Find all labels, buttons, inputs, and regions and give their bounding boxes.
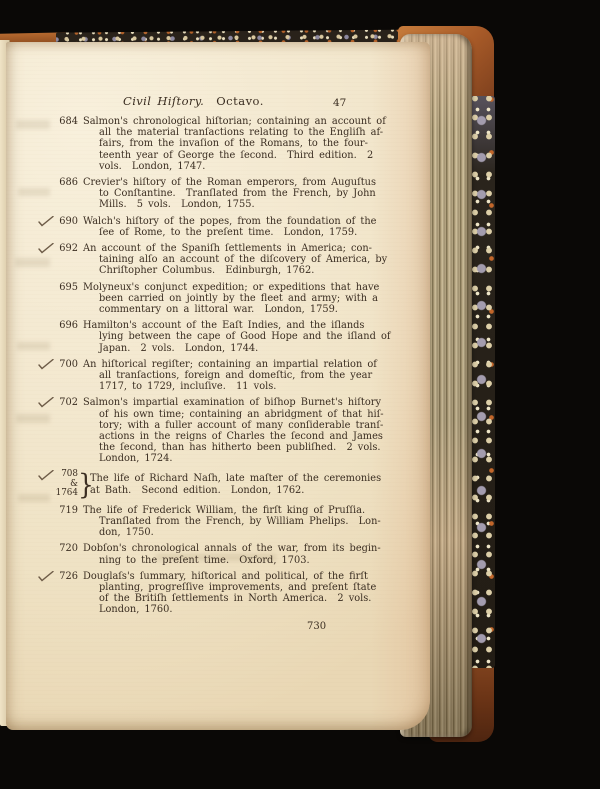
entry-number: 1764	[56, 489, 78, 499]
entry-line: Salmon's impartial examination of biſhop…	[83, 397, 384, 408]
entry-text: Douglaſs's ſummary, hiſtorical and polit…	[83, 571, 376, 616]
entry-number: 696	[55, 320, 78, 354]
catalog-entry-list: 684Salmon's chronological hiſtorian; con…	[55, 116, 417, 616]
entry-line: the ſecond, than has hitherto been publi…	[83, 442, 384, 453]
entry-line: 1717, to 1729, incluſive. 11 vols.	[83, 381, 377, 392]
show-through-ghost	[18, 494, 50, 502]
entry-number: 690	[55, 216, 78, 238]
entry-text: Crevier's hiſtory of the Roman emperors,…	[83, 177, 376, 211]
entry-number: 719	[55, 505, 78, 539]
entry-line: Chriſtopher Columbus. Edinburgh, 1762.	[83, 265, 387, 276]
entry-text: Molyneux's conjunct expedition; or exped…	[83, 282, 379, 316]
entry-number: 726	[55, 571, 78, 616]
printed-text-column: Civil Hiſtory.Octavo. 47 684Salmon's chr…	[55, 94, 417, 632]
catalog-entry: 719The life of Frederick William, the fi…	[55, 505, 417, 539]
grouping-brace: }	[78, 468, 89, 502]
show-through-ghost	[18, 188, 50, 196]
format-label: Octavo.	[216, 94, 264, 108]
entry-number: 720	[55, 543, 78, 565]
entry-number-stack: 708&1764	[55, 470, 78, 500]
entry-text: An account of the Spaniſh ſettlements in…	[83, 243, 387, 277]
entry-line: commentary on a littoral war. London, 17…	[83, 304, 379, 315]
entry-line: Douglaſs's ſummary, hiſtorical and polit…	[83, 571, 376, 582]
handwritten-checkmark-icon	[38, 397, 54, 411]
entry-line: all the material tranſactions relating t…	[83, 127, 386, 138]
entry-line: don, 1750.	[83, 527, 381, 538]
entry-line: been carried on jointly by the fleet and…	[83, 293, 379, 304]
catalog-entry: 686Crevier's hiſtory of the Roman empero…	[55, 177, 417, 211]
catalog-entry: 695Molyneux's conjunct expedition; or ex…	[55, 282, 417, 316]
entry-line: of his own time; containing an abridgmen…	[83, 409, 384, 420]
entry-line: The life of Frederick William, the firſt…	[83, 505, 381, 516]
catalog-entry: 690Walch's hiſtory of the popes, from th…	[55, 216, 417, 238]
entry-line: all tranſactions, foreign and domeſtic, …	[83, 370, 377, 381]
handwritten-checkmark-icon	[38, 243, 54, 257]
catalog-entry: 696Hamilton's account of the Eaſt Indies…	[55, 320, 417, 354]
entry-line: The life of Richard Naſh, late maſter of…	[90, 473, 381, 484]
entry-line: Salmon's chronological hiſtorian; contai…	[83, 116, 386, 127]
entry-line: at Bath. Second edition. London, 1762.	[90, 485, 381, 496]
entry-text: An hiſtorical regiſter; containing an im…	[83, 359, 377, 393]
page-number: 47	[333, 96, 346, 110]
entry-line: Mills. 5 vols. London, 1755.	[83, 199, 376, 210]
entry-line: Hamilton's account of the Eaſt Indies, a…	[83, 320, 391, 331]
handwritten-checkmark-icon	[38, 216, 54, 230]
catalog-entry: 702Salmon's impartial examination of biſ…	[55, 397, 417, 464]
handwritten-checkmark-icon	[38, 470, 54, 484]
entry-number: 702	[55, 397, 78, 464]
entry-text: Hamilton's account of the Eaſt Indies, a…	[83, 320, 391, 354]
catalog-entry: 708&1764}The life of Richard Naſh, late …	[55, 470, 417, 500]
entry-text: The life of Frederick William, the firſt…	[83, 505, 381, 539]
entry-number: 686	[55, 177, 78, 211]
entry-line: Walch's hiſtory of the popes, from the f…	[83, 216, 376, 227]
entry-number: 692	[55, 243, 78, 277]
section-title: Civil Hiſtory.	[123, 94, 204, 108]
catalog-entry: 726Douglaſs's ſummary, hiſtorical and po…	[55, 571, 417, 616]
show-through-ghost	[16, 414, 50, 423]
entry-line: teenth year of George the ſecond. Third …	[83, 150, 386, 161]
entry-line: Molyneux's conjunct expedition; or exped…	[83, 282, 379, 293]
catalog-entry: 684Salmon's chronological hiſtorian; con…	[55, 116, 417, 172]
entry-number: 695	[55, 282, 78, 316]
entry-number: 700	[55, 359, 78, 393]
entry-line: planting, progreſſive improvements, and …	[83, 582, 376, 593]
running-header: Civil Hiſtory.Octavo. 47	[55, 94, 417, 110]
show-through-ghost	[15, 258, 50, 267]
photo-backdrop: Civil Hiſtory.Octavo. 47 684Salmon's chr…	[0, 0, 600, 789]
entry-line: Dobſon's chronological annals of the war…	[83, 543, 381, 554]
entry-line: An hiſtorical regiſter; containing an im…	[83, 359, 377, 370]
book-page: Civil Hiſtory.Octavo. 47 684Salmon's chr…	[6, 42, 430, 730]
show-through-ghost	[17, 342, 50, 350]
page-footer: 730	[55, 621, 417, 632]
entry-line: actions in the reigns of Charles the ſec…	[83, 431, 384, 442]
handwritten-checkmark-icon	[38, 359, 54, 373]
entry-line: An account of the Spaniſh ſettlements in…	[83, 243, 387, 254]
entry-text: Dobſon's chronological annals of the war…	[83, 543, 381, 565]
entry-line: ning to the preſent time. Oxford, 1703.	[83, 555, 381, 566]
entry-text: Salmon's chronological hiſtorian; contai…	[83, 116, 386, 172]
entry-line: vols. London, 1747.	[83, 161, 386, 172]
catalog-entry: 720Dobſon's chronological annals of the …	[55, 543, 417, 565]
entry-line: to Conſtantine. Tranſlated from the Fren…	[83, 188, 376, 199]
catch-number: 730	[307, 621, 326, 632]
entry-line: Crevier's hiſtory of the Roman emperors,…	[83, 177, 376, 188]
entry-line: fairs, from the invaſion of the Romans, …	[83, 138, 386, 149]
entry-number: 684	[55, 116, 78, 172]
entry-line: tory; with a fuller account of many conſ…	[83, 420, 384, 431]
entry-line: ſee of Rome, to the preſent time. London…	[83, 227, 376, 238]
entry-line: London, 1760.	[83, 604, 376, 615]
entry-line: taining alſo an account of the diſcovery…	[83, 254, 387, 265]
entry-text: Walch's hiſtory of the popes, from the f…	[83, 216, 376, 238]
entry-text: The life of Richard Naſh, late maſter of…	[90, 473, 381, 495]
entry-line: London, 1724.	[83, 453, 384, 464]
handwritten-checkmark-icon	[38, 571, 54, 585]
entry-text: Salmon's impartial examination of biſhop…	[83, 397, 384, 464]
entry-line: of the Britiſh ſettlements in North Amer…	[83, 593, 376, 604]
catalog-entry: 692An account of the Spaniſh ſettlements…	[55, 243, 417, 277]
entry-line: Japan. 2 vols. London, 1744.	[83, 343, 391, 354]
catalog-entry: 700An hiſtorical regiſter; containing an…	[55, 359, 417, 393]
show-through-ghost	[16, 120, 50, 129]
entry-line: Tranſlated from the French, by William P…	[83, 516, 381, 527]
entry-line: lying between the cape of Good Hope and …	[83, 331, 391, 342]
